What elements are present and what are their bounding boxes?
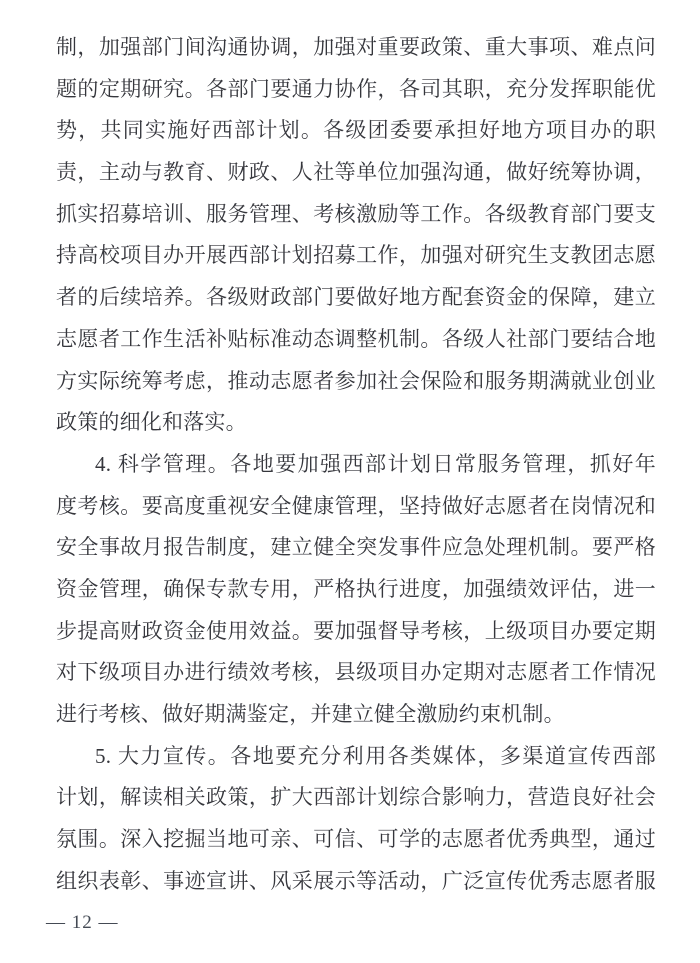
text-line: 题的定期研究。各部门要通力协作，各司其职，充分发挥职能优 xyxy=(56,69,656,111)
text-line: 势，共同实施好西部计划。各级团委要承担好地方项目办的职 xyxy=(56,110,656,152)
text-line: 氛围。深入挖掘当地可亲、可信、可学的志愿者优秀典型，通过 xyxy=(56,819,656,861)
text-line-paragraph-end: 进行考核、做好期满鉴定，并建立健全激励约束机制。 xyxy=(56,694,656,736)
text-line-paragraph-end: 政策的细化和落实。 xyxy=(56,402,656,444)
text-line: 方实际统筹考虑，推动志愿者参加社会保险和服务期满就业创业 xyxy=(56,361,656,403)
document-body: 制，加强部门间沟通协调，加强对重要政策、重大事项、难点问 题的定期研究。各部门要… xyxy=(56,27,656,902)
text-line: 资金管理，确保专款专用，严格执行进度，加强绩效评估，进一 xyxy=(56,569,656,611)
text-line: 抓实招募培训、服务管理、考核激励等工作。各级教育部门要支 xyxy=(56,194,656,236)
text-line: 责，主动与教育、财政、人社等单位加强沟通，做好统筹协调， xyxy=(56,152,656,194)
text-line-item-5-heading: 5. 大力宣传。各地要充分利用各类媒体，多渠道宣传西部 xyxy=(56,736,656,778)
document-page: 制，加强部门间沟通协调，加强对重要政策、重大事项、难点问 题的定期研究。各部门要… xyxy=(0,0,700,963)
text-line: 制，加强部门间沟通协调，加强对重要政策、重大事项、难点问 xyxy=(56,27,656,69)
text-line: 安全事故月报告制度，建立健全突发事件应急处理机制。要严格 xyxy=(56,527,656,569)
text-line: 志愿者工作生活补贴标准动态调整机制。各级人社部门要结合地 xyxy=(56,319,656,361)
text-line: 度考核。要高度重视安全健康管理，坚持做好志愿者在岗情况和 xyxy=(56,486,656,528)
text-line: 持高校项目办开展西部计划招募工作，加强对研究生支教团志愿 xyxy=(56,235,656,277)
text-line-item-4-heading: 4. 科学管理。各地要加强西部计划日常服务管理，抓好年 xyxy=(56,444,656,486)
page-number: — 12 — xyxy=(46,908,119,938)
text-line: 计划，解读相关政策，扩大西部计划综合影响力，营造良好社会 xyxy=(56,777,656,819)
text-line: 步提高财政资金使用效益。要加强督导考核，上级项目办要定期 xyxy=(56,611,656,653)
text-line: 者的后续培养。各级财政部门要做好地方配套资金的保障，建立 xyxy=(56,277,656,319)
text-line: 组织表彰、事迹宣讲、风采展示等活动，广泛宣传优秀志愿者服 xyxy=(56,861,656,903)
text-line: 对下级项目办进行绩效考核，县级项目办定期对志愿者工作情况 xyxy=(56,652,656,694)
